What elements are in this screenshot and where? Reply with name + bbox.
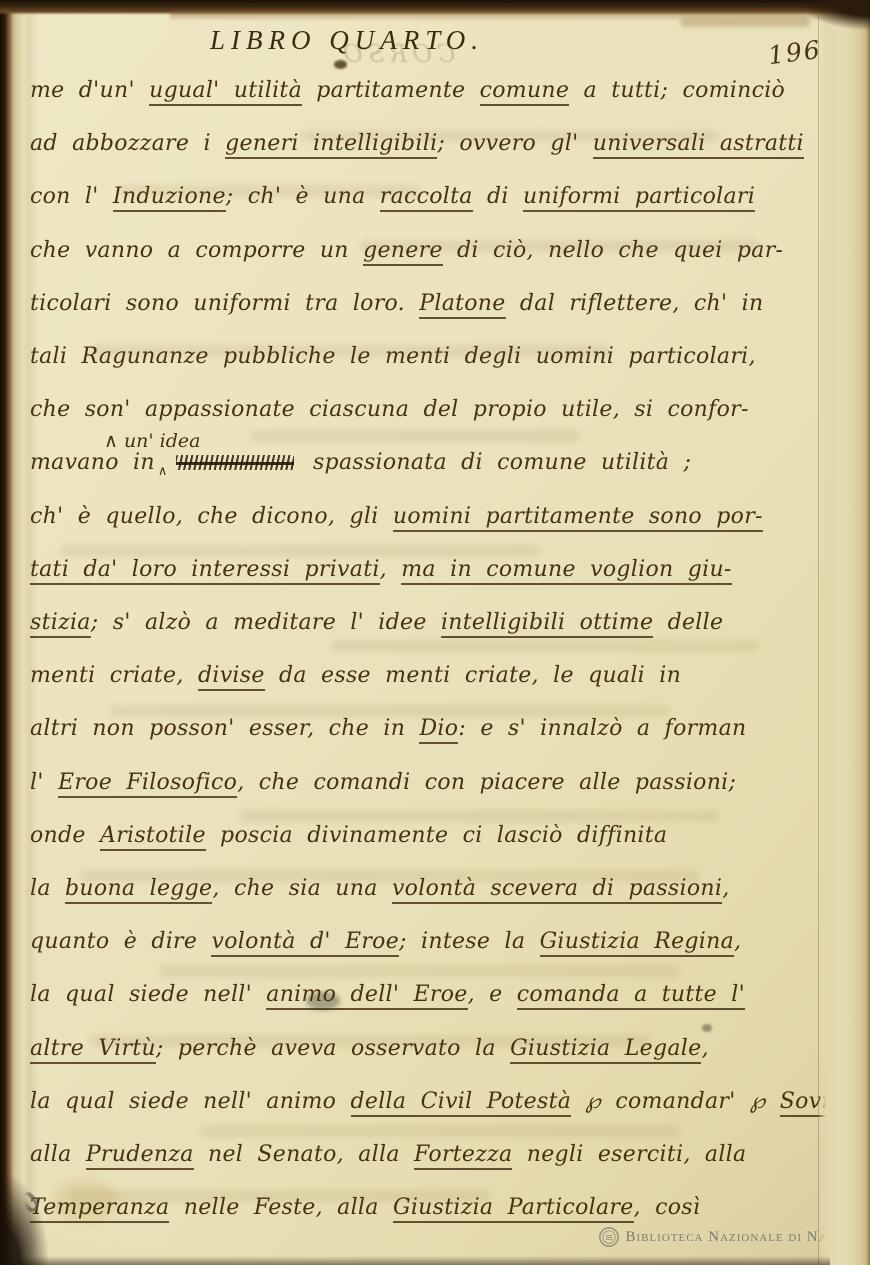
- text-segment: buona legge: [65, 876, 212, 904]
- manuscript-line: me d'un' ugual' utilità partitamente com…: [30, 78, 822, 103]
- manuscript-line: la buona legge, che sia una volontà scev…: [30, 876, 822, 901]
- manuscript-line: la qual siede nell' animo della Civil Po…: [30, 1089, 822, 1114]
- text-segment: Platone: [419, 291, 505, 319]
- text-segment: ,: [380, 557, 402, 582]
- text-segment: Aristotile: [100, 823, 206, 851]
- manuscript-line: altri non posson' esser, che in Dio: e s…: [30, 716, 822, 741]
- text-segment: tali Ragunanze pubbliche le menti degli …: [30, 344, 756, 369]
- text-segment: , e: [468, 982, 517, 1007]
- manuscript-line: quanto è dire volontà d' Eroe; intese la…: [30, 929, 822, 954]
- text-segment: la qual siede nell' animo: [30, 1089, 351, 1114]
- text-segment: uomini partitamente sono por-: [393, 504, 763, 532]
- text-segment: Giustizia Regina: [540, 929, 734, 957]
- library-emblem-icon: [599, 1227, 619, 1247]
- text-segment: ugual' utilità: [149, 78, 302, 106]
- text-segment: nel Senato, alla: [194, 1142, 414, 1167]
- text-segment: stizia: [30, 610, 91, 638]
- text-segment: comanda a tutte l': [517, 982, 745, 1010]
- corner-shadow-top-right: [800, 0, 870, 30]
- book-top-edge-smear: [170, 11, 870, 21]
- scribble-deletion: [176, 455, 294, 470]
- text-segment: ch' è quello, che dicono, gli: [30, 504, 393, 529]
- text-segment: ad abbozzare i: [30, 131, 225, 156]
- text-segment: me d'un': [30, 78, 149, 103]
- text-segment: che vanno a comporre un: [30, 238, 363, 263]
- manuscript-page-scan: CORSO LIBRO QUARTO. 196 me d'un' ugual' …: [0, 0, 870, 1265]
- manuscript-line: stizia; s' alzò a meditare l' idee intel…: [30, 610, 822, 635]
- text-segment: Prudenza: [86, 1142, 194, 1170]
- text-segment: , così: [634, 1195, 701, 1220]
- text-segment: altri non posson' esser, che in: [30, 716, 419, 741]
- manuscript-line: la qual siede nell' animo dell' Eroe, e …: [30, 982, 822, 1007]
- text-segment: della Civil Potestà: [351, 1089, 572, 1117]
- text-segment: ; ovvero gl': [437, 131, 592, 156]
- text-segment: Dio: [419, 716, 458, 744]
- manuscript-line: con l' Induzione; ch' è una raccolta di …: [30, 184, 822, 209]
- text-segment: Induzione: [113, 184, 226, 212]
- text-segment: quanto è dire: [30, 929, 211, 954]
- text-segment: delle: [653, 610, 723, 635]
- text-segment: comune: [480, 78, 570, 106]
- text-segment: ,: [722, 876, 729, 901]
- text-segment: ; intese la: [399, 929, 540, 954]
- text-segment: ma in comune voglion giu-: [401, 557, 731, 585]
- corner-shadow-bottom-left: [0, 1170, 50, 1265]
- text-segment: di ciò, nello che quei par-: [443, 238, 784, 263]
- text-segment: alla: [30, 1142, 86, 1167]
- text-segment: di: [473, 184, 523, 209]
- text-segment: dal riflettere, ch' in: [506, 291, 764, 316]
- text-segment: ; ch' è una: [226, 184, 380, 209]
- text-segment: ,: [701, 1036, 708, 1061]
- insertion-caret: ∧: [158, 464, 168, 479]
- text-segment: con l': [30, 184, 113, 209]
- text-segment: ℘ comandar' ℘: [571, 1089, 780, 1114]
- text-segment: mavano in: [30, 450, 155, 475]
- text-segment: la qual siede nell': [30, 982, 266, 1007]
- manuscript-line: tali Ragunanze pubbliche le menti degli …: [30, 344, 822, 369]
- text-segment: Giustizia Particolare: [393, 1195, 634, 1223]
- text-segment: raccolta: [380, 184, 473, 212]
- text-segment: animo dell' Eroe: [266, 982, 467, 1010]
- text-segment: nelle Feste, alla: [169, 1195, 392, 1220]
- text-segment: ; perchè aveva osservato la: [156, 1036, 510, 1061]
- text-segment: ,: [734, 929, 741, 954]
- text-segment: Fortezza: [414, 1142, 512, 1170]
- text-segment: altre Virtù: [30, 1036, 156, 1064]
- book-gutter-edge: [0, 0, 30, 1265]
- text-segment: menti criate,: [30, 663, 198, 688]
- text-segment: : e s' innalzò a forman: [458, 716, 746, 741]
- text-segment: volontà d' Eroe: [211, 929, 399, 957]
- text-segment: Eroe Filosofico: [58, 770, 237, 798]
- text-segment: onde: [30, 823, 100, 848]
- manuscript-line: che son' appassionate ciascuna del propi…: [30, 397, 822, 422]
- text-segment: tati da' loro interessi privati: [30, 557, 380, 585]
- text-segment: partitamente: [302, 78, 480, 103]
- text-segment: da esse menti criate, le quali in: [265, 663, 681, 688]
- text-segment: , che comandi con piacere alle passioni;: [237, 770, 736, 795]
- text-segment: intelligibili ottime: [441, 610, 653, 638]
- manuscript-line: ticolari sono uniformi tra loro. Platone…: [30, 291, 822, 316]
- text-segment: universali astratti: [593, 131, 804, 159]
- text-segment: ticolari sono uniformi tra loro.: [30, 291, 419, 316]
- book-bottom-edge: [0, 1256, 830, 1265]
- manuscript-line: alla Prudenza nel Senato, alla Fortezza …: [30, 1142, 822, 1167]
- manuscript-line: altre Virtù; perchè aveva osservato la G…: [30, 1036, 822, 1061]
- book-fore-edge: [818, 0, 870, 1265]
- manuscript-line: l' Eroe Filosofico, che comandi con piac…: [30, 770, 822, 795]
- text-segment: divise: [198, 663, 265, 691]
- text-segment: ; s' alzò a meditare l' idee: [91, 610, 441, 635]
- text-segment: genere: [363, 238, 443, 266]
- manuscript-line: ad abbozzare i generi intelligibili; ovv…: [30, 131, 822, 156]
- text-segment: che son' appassionate ciascuna del propi…: [30, 397, 749, 422]
- text-segment: negli eserciti, alla: [512, 1142, 746, 1167]
- text-segment: volontà scevera di passioni: [392, 876, 722, 904]
- text-segment: Giustizia Legale: [510, 1036, 701, 1064]
- manuscript-line: ch' è quello, che dicono, gli uomini par…: [30, 504, 822, 529]
- text-segment: , che sia una: [212, 876, 392, 901]
- manuscript-line: onde Aristotile poscia divinamente ci la…: [30, 823, 822, 848]
- manuscript-line: che vanno a comporre un genere di ciò, n…: [30, 238, 822, 263]
- text-segment: spassionata di comune utilità ;: [299, 450, 692, 475]
- text-segment: Temperanza: [30, 1195, 169, 1223]
- manuscript-line: mavano in∧ spassionata di comune utilità…: [30, 450, 822, 479]
- manuscript-line: menti criate, divise da esse menti criat…: [30, 663, 822, 688]
- manuscript-line: Temperanza nelle Feste, alla Giustizia P…: [30, 1195, 822, 1220]
- manuscript-lines: me d'un' ugual' utilità partitamente com…: [0, 0, 870, 1265]
- manuscript-line: tati da' loro interessi privati, ma in c…: [30, 557, 822, 582]
- text-segment: poscia divinamente ci lasciò diffinita: [206, 823, 668, 848]
- text-segment: generi intelligibili: [225, 131, 437, 159]
- interlinear-insertion: ∧ un' idea: [104, 430, 201, 452]
- text-segment: a tutti; cominciò: [569, 78, 785, 103]
- text-segment: uniformi particolari: [523, 184, 755, 212]
